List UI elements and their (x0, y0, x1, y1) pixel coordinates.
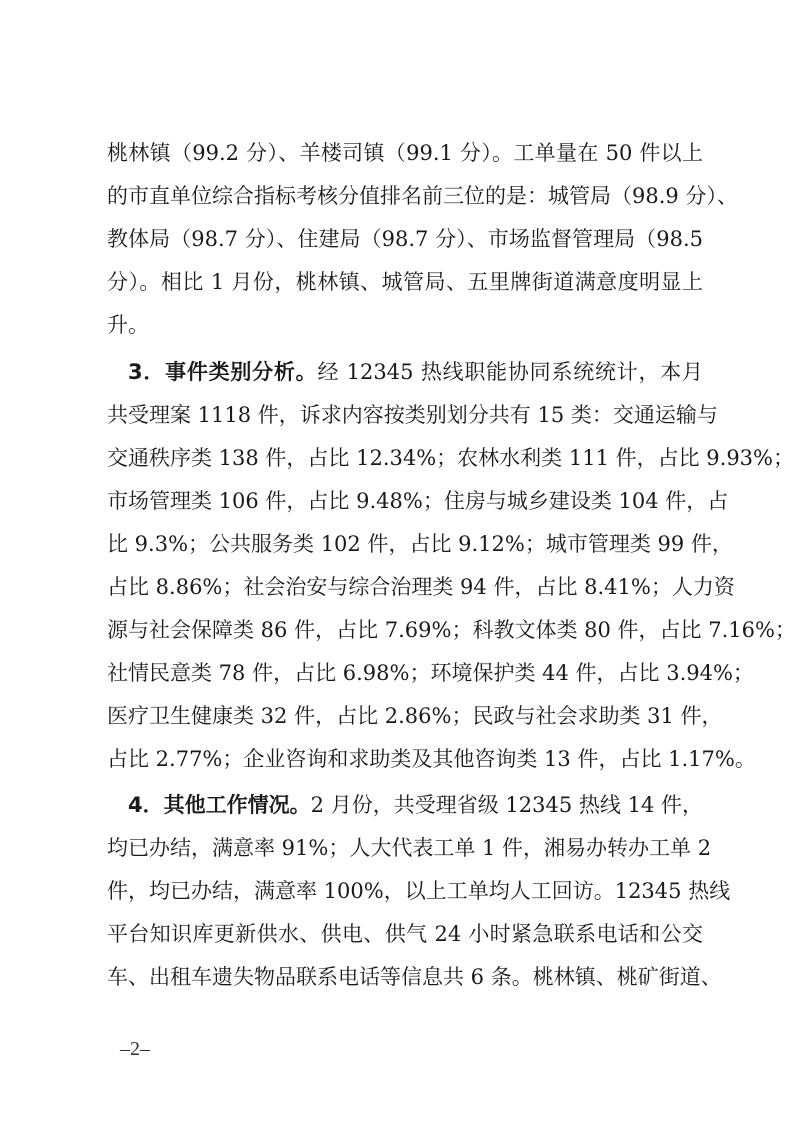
section-heading: 3．事件类别分析。 (128, 360, 317, 384)
section-3-heading-line: 3．事件类别分析。经 12345 热线职能协同系统统计，本月 (128, 359, 703, 385)
paragraph-line: 市场管理类 106 件，占比 9.48%；住房与城乡建设类 104 件，占 (107, 488, 703, 514)
paragraph-line: 比 9.3%；公共服务类 102 件，占比 9.12%；城市管理类 99 件， (107, 531, 703, 557)
paragraph-line: 件，均已办结，满意率 100%，以上工单均人工回访。12345 热线 (107, 878, 703, 904)
paragraph-line: 占比 8.86%；社会治安与综合治理类 94 件，占比 8.41%；人力资 (107, 574, 703, 600)
paragraph-line: 的市直单位综合指标考核分值排名前三位的是：城管局（98.9 分）、 (107, 183, 703, 209)
paragraph-line: 医疗卫生健康类 32 件，占比 2.86%；民政与社会求助类 31 件， (107, 703, 703, 729)
paragraph-line: 社情民意类 78 件，占比 6.98%；环境保护类 44 件，占比 3.94%； (107, 660, 703, 686)
paragraph-line: 源与社会保障类 86 件，占比 7.69%；科教文体类 80 件，占比 7.16… (107, 617, 703, 643)
paragraph-line: 分）。相比 1 月份，桃林镇、城管局、五里牌街道满意度明显上 (107, 269, 703, 295)
paragraph-line: 桃林镇（99.2 分）、羊楼司镇（99.1 分）。工单量在 50 件以上 (107, 140, 703, 166)
paragraph-text: 经 12345 热线职能协同系统统计，本月 (317, 360, 703, 384)
section-4-heading-line: 4．其他工作情况。2 月份，共受理省级 12345 热线 14 件， (128, 792, 703, 818)
paragraph-line: 车、出租车遗失物品联系电话等信息共 6 条。桃林镇、桃矿街道、 (107, 964, 703, 990)
paragraph-line: 平台知识库更新供水、供电、供气 24 小时紧急联系电话和公交 (107, 921, 703, 947)
document-page: 桃林镇（99.2 分）、羊楼司镇（99.1 分）。工单量在 50 件以上 的市直… (0, 0, 793, 1122)
page-number: –2– (120, 1038, 150, 1061)
paragraph-line: 升。 (107, 312, 703, 338)
paragraph-line: 教体局（98.7 分）、住建局（98.7 分）、市场监督管理局（98.5 (107, 226, 703, 252)
paragraph-line: 均已办结，满意率 91%；人大代表工单 1 件，湘易办转办工单 2 (107, 835, 703, 861)
paragraph-line: 交通秩序类 138 件，占比 12.34%；农林水利类 111 件，占比 9.9… (107, 445, 703, 471)
paragraph-text: 2 月份，共受理省级 12345 热线 14 件， (311, 793, 703, 817)
paragraph-line: 占比 2.77%；企业咨询和求助类及其他咨询类 13 件，占比 1.17%。 (107, 746, 703, 772)
section-heading: 4．其他工作情况。 (128, 793, 311, 817)
paragraph-line: 共受理案 1118 件，诉求内容按类别划分共有 15 类：交通运输与 (107, 402, 703, 428)
